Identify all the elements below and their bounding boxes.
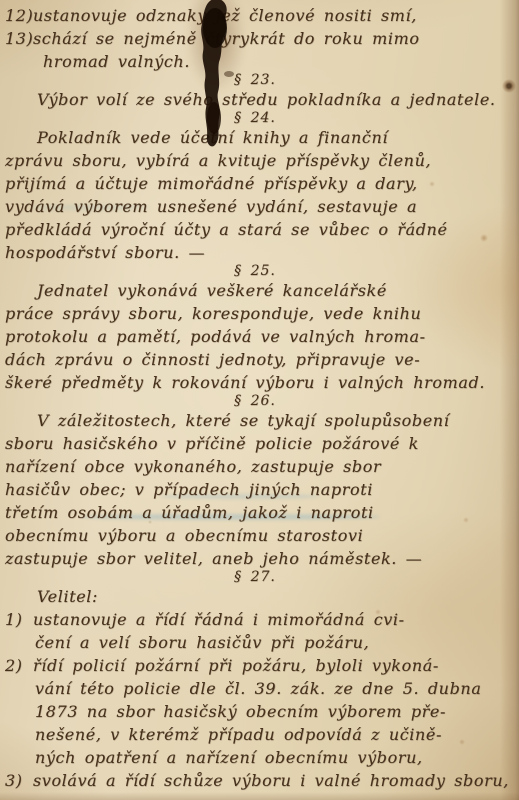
manuscript-text: 12) ustanovuje odznaky jež členové nosit…: [0, 0, 519, 792]
item-number: 2): [5, 654, 33, 677]
handwritten-line: ných opatření a nařízení obecnímu výboru…: [5, 746, 511, 769]
list-item: 13) schází se nejméně čtyrykrát do roku …: [5, 27, 511, 50]
item-number: 12): [5, 4, 33, 27]
velitel-duty-list: 1) ustanovuje a řídí řádná i mimořádná c…: [5, 608, 511, 792]
handwritten-line: vydává výborem usnešené vydání, sestavuj…: [5, 195, 511, 218]
handwritten-line: Jednatel vykonává veškeré kancelářské: [5, 279, 511, 302]
handwritten-line: sboru hasičského v příčině policie požár…: [5, 432, 511, 455]
handwritten-line: řídí policií požární při požáru, byloli …: [33, 654, 511, 677]
handwritten-line: obecnímu výboru a obecnímu starostovi: [5, 524, 511, 547]
section-heading-25: § 25.: [5, 264, 511, 279]
handwritten-line: předkládá výroční účty a stará se vůbec …: [5, 218, 511, 241]
handwritten-line: vání této policie dle čl. 39. zák. ze dn…: [5, 677, 511, 700]
handwritten-line: hromad valných.: [5, 50, 511, 73]
manuscript-page: 12) ustanovuje odznaky jež členové nosit…: [0, 0, 519, 800]
list-item: 2) řídí policií požární při požáru, bylo…: [5, 654, 511, 677]
item-number: 13): [5, 27, 33, 50]
handwritten-line: zastupuje sbor velitel, aneb jeho náměst…: [5, 547, 511, 570]
handwritten-line: ustanovuje a řídí řádná i mimořádná cvi-: [33, 608, 511, 631]
handwritten-line: schází se nejméně čtyrykrát do roku mimo: [33, 27, 511, 50]
item-number: 1): [5, 608, 33, 631]
list-item: 3) svolává a řídí schůze výboru i valné …: [5, 769, 511, 792]
handwritten-line: třetím osobám a úřadům, jakož i naproti: [5, 501, 511, 524]
handwritten-line: 1873 na sbor hasičský obecním výborem př…: [5, 700, 511, 723]
handwritten-line: zprávu sboru, vybírá a kvituje příspěvky…: [5, 149, 511, 172]
section-heading-27: § 27.: [5, 570, 511, 585]
handwritten-line: nařízení obce vykonaného, zastupuje sbor: [5, 455, 511, 478]
handwritten-line: práce správy sboru, koresponduje, vede k…: [5, 302, 511, 325]
handwritten-line: hospodářství sboru. —: [5, 241, 511, 264]
handwritten-line: přijímá a účtuje mimořádné příspěvky a d…: [5, 172, 511, 195]
handwritten-line: Velitel:: [5, 585, 511, 608]
section-heading-23: § 23.: [5, 73, 511, 88]
handwritten-line: protokolu a pamětí, podává ve valných hr…: [5, 325, 511, 348]
list-item: 12) ustanovuje odznaky jež členové nosit…: [5, 4, 511, 27]
handwritten-line: škeré předměty k rokování výboru i valný…: [5, 371, 511, 394]
handwritten-line: ustanovuje odznaky jež členové nositi sm…: [33, 4, 511, 27]
section-heading-26: § 26.: [5, 394, 511, 409]
section-heading-24: § 24.: [5, 111, 511, 126]
handwritten-line: svolává a řídí schůze výboru i valné hro…: [33, 769, 511, 792]
handwritten-line: dách zprávu o činnosti jednoty, připravu…: [5, 348, 511, 371]
handwritten-line: Výbor volí ze svého středu pokladníka a …: [5, 88, 511, 111]
list-item: 1) ustanovuje a řídí řádná i mimořádná c…: [5, 608, 511, 631]
item-number: 3): [5, 769, 33, 792]
handwritten-line: hasičův obec; v případech jiných naproti: [5, 478, 511, 501]
handwritten-line: V záležitostech, které se tykají spolupů…: [5, 409, 511, 432]
handwritten-line: čení a velí sboru hasičův při požáru,: [5, 631, 511, 654]
handwritten-line: nešené, v kterémž případu odpovídá z uči…: [5, 723, 511, 746]
handwritten-line: Pokladník vede účetní knihy a finanční: [5, 126, 511, 149]
